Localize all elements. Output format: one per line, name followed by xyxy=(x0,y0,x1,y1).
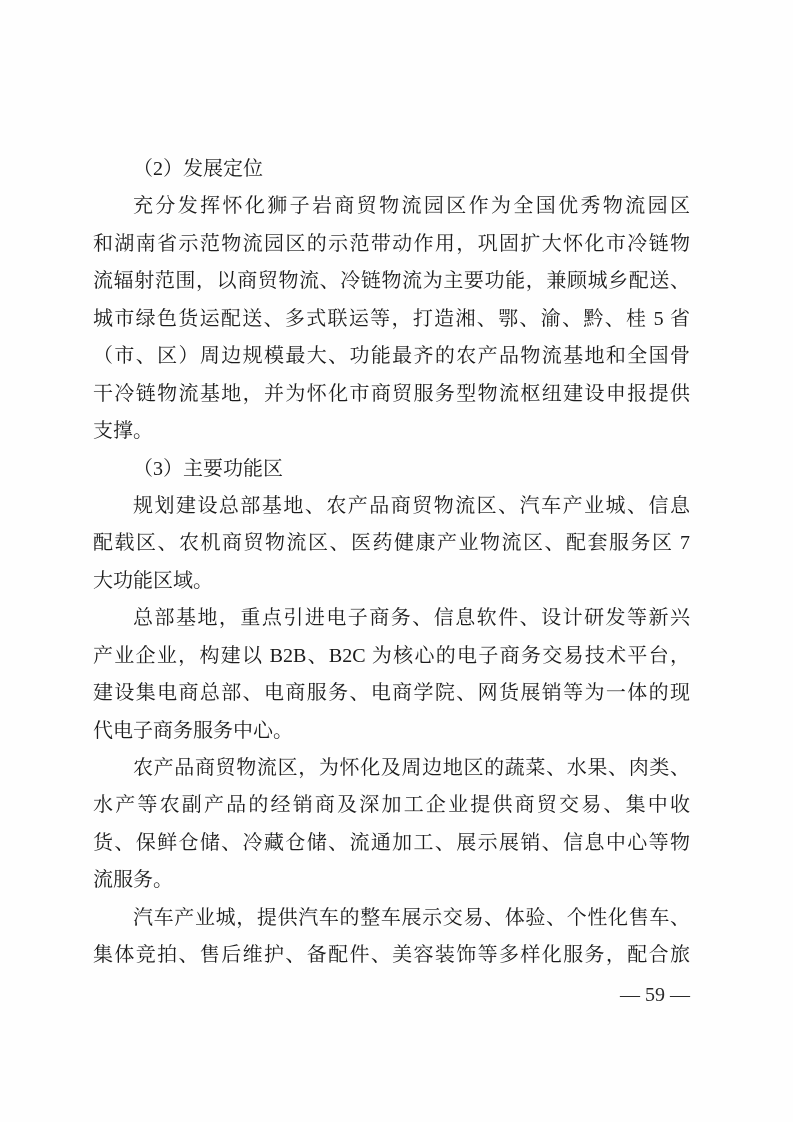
body-text-line: 汽车产业城，提供汽车的整车展示交易、体验、个性化售车、 xyxy=(93,900,690,937)
body-text-line: 农产品商贸物流区，为怀化及周边地区的蔬菜、水果、肉类、 xyxy=(93,750,690,787)
body-text-line: 配载区、农机商贸物流区、医药健康产业物流区、配套服务区 7 xyxy=(93,525,690,562)
body-text-line: 流服务。 xyxy=(93,862,690,899)
section-heading-line: （3）主要功能区 xyxy=(93,451,690,488)
body-text-line: （市、区）周边规模最大、功能最齐的农产品物流基地和全国骨 xyxy=(93,338,690,375)
page-footer: — 59 — xyxy=(93,982,690,1008)
body-text-line: 充分发挥怀化狮子岩商贸物流园区作为全国优秀物流园区 xyxy=(93,188,690,225)
body-text-line: 支撑。 xyxy=(93,413,690,450)
body-text-line: 代电子商务服务中心。 xyxy=(93,713,690,750)
body-text-line: 城市绿色货运配送、多式联运等，打造湘、鄂、渝、黔、桂 5 省 xyxy=(93,301,690,338)
body-text-line: 水产等农副产品的经销商及深加工企业提供商贸交易、集中收 xyxy=(93,787,690,824)
body-text-line: 货、保鲜仓储、冷藏仓储、流通加工、展示展销、信息中心等物 xyxy=(93,825,690,862)
body-text-line: 集体竞拍、售后维护、备配件、美容装饰等多样化服务，配合旅 xyxy=(93,937,690,974)
body-text-line: 大功能区域。 xyxy=(93,563,690,600)
body-text-line: 干冷链物流基地，并为怀化市商贸服务型物流枢纽建设申报提供 xyxy=(93,376,690,413)
body-text-line: 流辐射范围，以商贸物流、冷链物流为主要功能，兼顾城乡配送、 xyxy=(93,263,690,300)
body-text-line: 总部基地，重点引进电子商务、信息软件、设计研发等新兴 xyxy=(93,600,690,637)
body-text-line: 建设集电商总部、电商服务、电商学院、网货展销等为一体的现 xyxy=(93,675,690,712)
body-text-line: 和湖南省示范物流园区的示范带动作用，巩固扩大怀化市冷链物 xyxy=(93,226,690,263)
body-text-line: 产业企业，构建以 B2B、B2C 为核心的电子商务交易技术平台， xyxy=(93,638,690,675)
document-page: （2）发展定位充分发挥怀化狮子岩商贸物流园区作为全国优秀物流园区和湖南省示范物流… xyxy=(0,0,793,1122)
page-number: — 59 — xyxy=(620,984,690,1006)
section-heading-line: （2）发展定位 xyxy=(93,151,690,188)
body-text-line: 规划建设总部基地、农产品商贸物流区、汽车产业城、信息 xyxy=(93,488,690,525)
document-body: （2）发展定位充分发挥怀化狮子岩商贸物流园区作为全国优秀物流园区和湖南省示范物流… xyxy=(93,151,690,975)
